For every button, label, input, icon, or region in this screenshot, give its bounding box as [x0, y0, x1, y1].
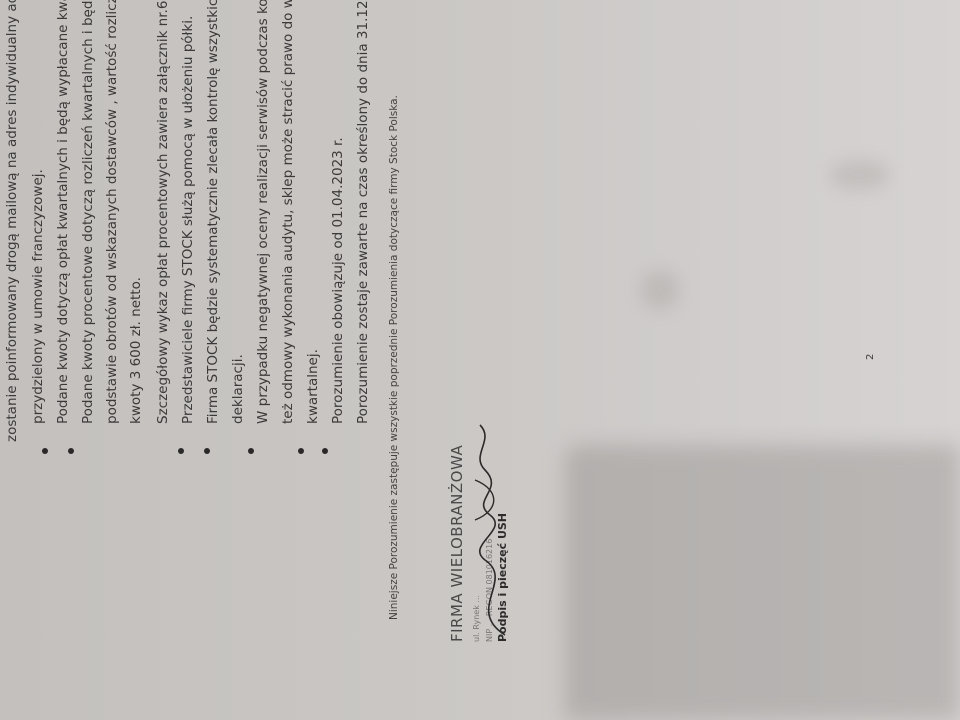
doc-line: też odmowy wykonania audytu, sklep może …: [280, 0, 296, 424]
bullet-icon: [298, 448, 304, 454]
doc-line: kwartalnej.: [305, 349, 321, 424]
doc-line: deklaracji.: [230, 354, 246, 424]
doc-line: przydzielony w umowie franczyzowej.: [30, 169, 46, 424]
doc-line: Porozumienie zostaje zawarte na czas okr…: [355, 0, 371, 424]
doc-line: W przypadku negatywnej oceny realizacji …: [255, 0, 271, 424]
bullet-icon: [322, 448, 328, 454]
doc-line: zostanie poinformowany drogą mailową na …: [4, 0, 20, 442]
bullet-icon: [42, 448, 48, 454]
supersedes-note: Niniejsze Porozumienie zastępuje wszystk…: [388, 95, 400, 620]
doc-line: Firma STOCK będzie systematycznie zlecał…: [205, 0, 221, 424]
doc-line: Podane kwoty procentowe dotyczą rozlicze…: [80, 0, 96, 424]
doc-line: Szczegółowy wykaz opłat procentowych zaw…: [155, 1, 171, 424]
doc-line: Przedstawiciele firmy STOCK służą pomocą…: [180, 16, 196, 424]
handwritten-signature: [455, 410, 525, 640]
bullet-icon: [204, 448, 210, 454]
page-number: 2: [865, 354, 876, 360]
doc-line: podstawie obrotów od wskazanych dostawcó…: [104, 0, 120, 424]
bullet-icon: [178, 448, 184, 454]
bullet-icon: [68, 448, 74, 454]
doc-line: kwoty 3 600 zł. netto.: [128, 277, 144, 424]
doc-line: Porozumienie obowiązuje od 01.04.2023 r.: [330, 137, 346, 424]
document-page: zostanie poinformowany drogą mailową na …: [0, 0, 960, 720]
bullet-icon: [248, 448, 254, 454]
doc-line: Podane kwoty dotyczą opłat kwartalnych i…: [55, 0, 71, 424]
